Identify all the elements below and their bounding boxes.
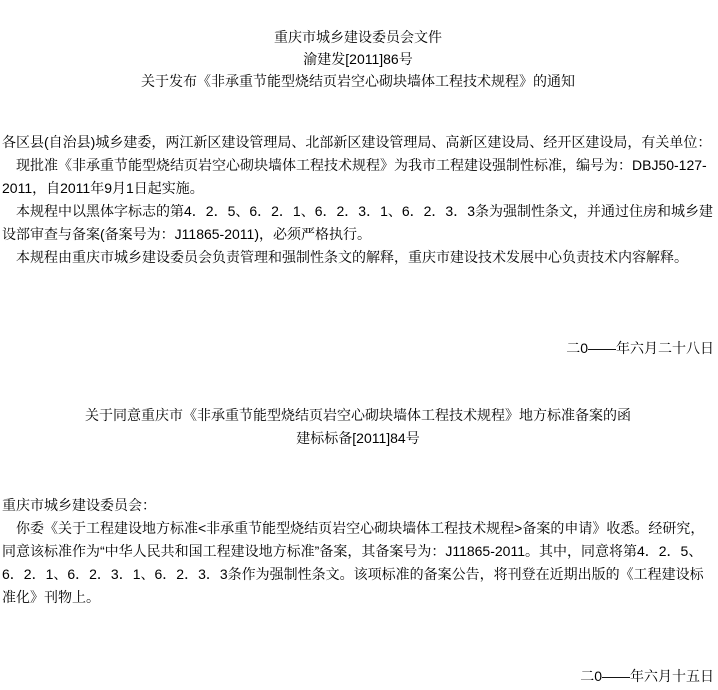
doc2-header: 关于同意重庆市《非承重节能型烧结页岩空心砌块墙体工程技术规程》地方标准备案的函 … bbox=[2, 404, 714, 450]
doc1-header: 重庆市城乡建设委员会文件 渝建发[2011]86号 关于发布《非承重节能型烧结页… bbox=[2, 26, 714, 92]
doc1-body: 各区县(自治县)城乡建委，两江新区建设管理局、北部新区建设管理局、高新区建设局、… bbox=[2, 131, 714, 269]
doc2-salutation: 重庆市城乡建设委员会： bbox=[2, 494, 714, 517]
doc1-salutation: 各区县(自治县)城乡建委，两江新区建设管理局、北部新区建设管理局、高新区建设局、… bbox=[2, 131, 714, 154]
doc2-date: 二0——年六月十五日 bbox=[2, 665, 714, 688]
doc2-doc-number: 建标标备[2011]84号 bbox=[2, 427, 714, 450]
doc1-date: 二0——年六月二十八日 bbox=[2, 337, 714, 360]
document-page: 重庆市城乡建设委员会文件 渝建发[2011]86号 关于发布《非承重节能型烧结页… bbox=[0, 0, 718, 690]
doc1-doc-number: 渝建发[2011]86号 bbox=[2, 48, 714, 70]
doc1-paragraph: 本规程由重庆市城乡建设委员会负责管理和强制性条文的解释，重庆市建设技术发展中心负… bbox=[2, 246, 714, 269]
doc2-subject: 关于同意重庆市《非承重节能型烧结页岩空心砌块墙体工程技术规程》地方标准备案的函 bbox=[2, 404, 714, 427]
doc1-org-title: 重庆市城乡建设委员会文件 bbox=[2, 26, 714, 48]
doc1-paragraph: 现批准《非承重节能型烧结页岩空心砌块墙体工程技术规程》为我市工程建设强制性标准，… bbox=[2, 154, 714, 200]
doc1-paragraph: 本规程中以黑体字标志的第4．2．5、6．2．1、6．2．3．1、6．2．3．3条… bbox=[2, 200, 714, 246]
doc2-body: 重庆市城乡建设委员会： 你委《关于工程建设地方标准<非承重节能型烧结页岩空心砌块… bbox=[2, 494, 714, 609]
doc2-paragraph: 你委《关于工程建设地方标准<非承重节能型烧结页岩空心砌块墙体工程技术规程>备案的… bbox=[2, 517, 714, 609]
doc1-subject: 关于发布《非承重节能型烧结页岩空心砌块墙体工程技术规程》的通知 bbox=[2, 70, 714, 92]
